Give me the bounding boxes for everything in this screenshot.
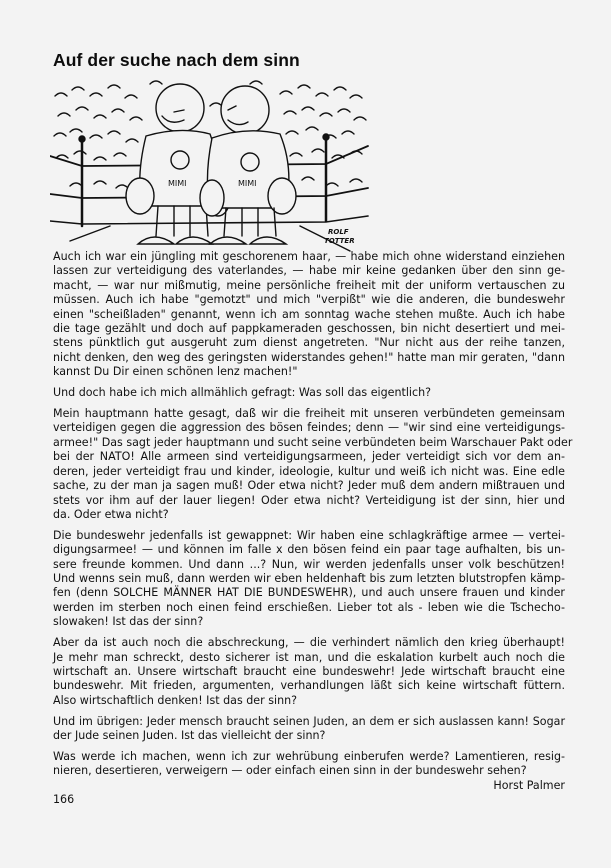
text-line: deren, jeder verteidigt frau und kinder,… bbox=[53, 465, 565, 479]
paragraph-1: Auch ich war ein jüngling mit geschorene… bbox=[53, 250, 565, 380]
text-line: lassen zur verteidigung des vaterlandes,… bbox=[53, 264, 565, 278]
text-line: nicht denken, den weg des geringsten wid… bbox=[53, 351, 565, 365]
text-line: müssen. Auch ich habe "gemotzt" und mich… bbox=[53, 293, 565, 307]
text-line: Mein hauptmann hatte gesagt, daß wir die… bbox=[53, 407, 565, 421]
boxers-cartoon-illustration: MIMI MIMI ROLF TOTTER bbox=[50, 76, 370, 256]
text-line: stets vor ihm auf der lauer liegen! Oder… bbox=[53, 494, 565, 508]
text-line: stens pünktlich gut ausgeruht zum dienst… bbox=[53, 336, 565, 350]
article-body: Auch ich war ein jüngling mit geschorene… bbox=[53, 250, 565, 808]
text-line: armee!" Das sagt jeder hauptmann und suc… bbox=[53, 436, 565, 450]
text-line: bei der NATO! Alle armeen sind verteidig… bbox=[53, 450, 565, 464]
text-line: die tage gezählt und doch auf pappkamera… bbox=[53, 322, 565, 336]
svg-text:MIMI: MIMI bbox=[238, 179, 257, 188]
article-title: Auf der suche nach dem sinn bbox=[53, 50, 300, 71]
paragraph-3: Mein hauptmann hatte gesagt, daß wir die… bbox=[53, 407, 565, 522]
text-line: einen "scheißladen" genannt, wenn ich am… bbox=[53, 308, 565, 322]
text-line: kannst Du Dir einen schönen lenz machen!… bbox=[53, 365, 565, 379]
text-line: Also wirtschaftlich denken! Ist das der … bbox=[53, 694, 565, 708]
text-line: der Jude seinen Juden. Ist das vielleich… bbox=[53, 729, 565, 743]
text-line: nieren, desertieren, verweigern — oder e… bbox=[53, 764, 565, 778]
paragraph-2: Und doch habe ich mich allmählich gefrag… bbox=[53, 386, 565, 400]
text-line: macht, — war nur mißmutig, meine persönl… bbox=[53, 279, 565, 293]
author-signature: Horst Palmer bbox=[53, 779, 565, 793]
svg-text:TOTTER: TOTTER bbox=[324, 237, 355, 245]
text-line: digungsarmee! — und können im falle x de… bbox=[53, 543, 565, 557]
paragraph-5: Aber da ist auch noch die abschreckung, … bbox=[53, 636, 565, 708]
text-line: Je mehr man schreckt, desto sicherer ist… bbox=[53, 651, 565, 665]
svg-text:ROLF: ROLF bbox=[328, 228, 349, 236]
text-line: Und im übrigen: Jeder mensch braucht sei… bbox=[53, 715, 565, 729]
text-line: Auch ich war ein jüngling mit geschorene… bbox=[53, 250, 565, 264]
text-line: bundeswehr. Mit frieden, argumenten, ver… bbox=[53, 679, 565, 693]
text-line: sere freunde kommen. Und dann ...? Nun, … bbox=[53, 558, 565, 572]
text-line: werden im sterben noch einen feind ersch… bbox=[53, 601, 565, 615]
text-line: wirtschaft an. Unsere wirtschaft braucht… bbox=[53, 665, 565, 679]
text-line: fen (denn SOLCHE MÄNNER HAT DIE BUNDESWE… bbox=[53, 586, 565, 600]
paragraph-7: Was werde ich machen, wenn ich zur wehrü… bbox=[53, 750, 565, 779]
text-line: verteidigen gegen die aggression des bös… bbox=[53, 421, 565, 435]
text-line: Aber da ist auch noch die abschreckung, … bbox=[53, 636, 565, 650]
text-line: Und doch habe ich mich allmählich gefrag… bbox=[53, 386, 565, 400]
svg-text:MIMI: MIMI bbox=[168, 179, 187, 188]
text-line: slowaken! Ist das der sinn? bbox=[53, 615, 565, 629]
text-line: Was werde ich machen, wenn ich zur wehrü… bbox=[53, 750, 565, 764]
text-line: Und wenns sein muß, dann werden wir eben… bbox=[53, 572, 565, 586]
text-line: sache, zu der man ja sagen muß! Oder etw… bbox=[53, 479, 565, 493]
paragraph-4: Die bundeswehr jedenfalls ist gewappnet:… bbox=[53, 529, 565, 630]
text-line: da. Oder etwa nicht? bbox=[53, 508, 565, 522]
page-number: 166 bbox=[53, 793, 565, 807]
text-line: Die bundeswehr jedenfalls ist gewappnet:… bbox=[53, 529, 565, 543]
paragraph-6: Und im übrigen: Jeder mensch braucht sei… bbox=[53, 715, 565, 744]
